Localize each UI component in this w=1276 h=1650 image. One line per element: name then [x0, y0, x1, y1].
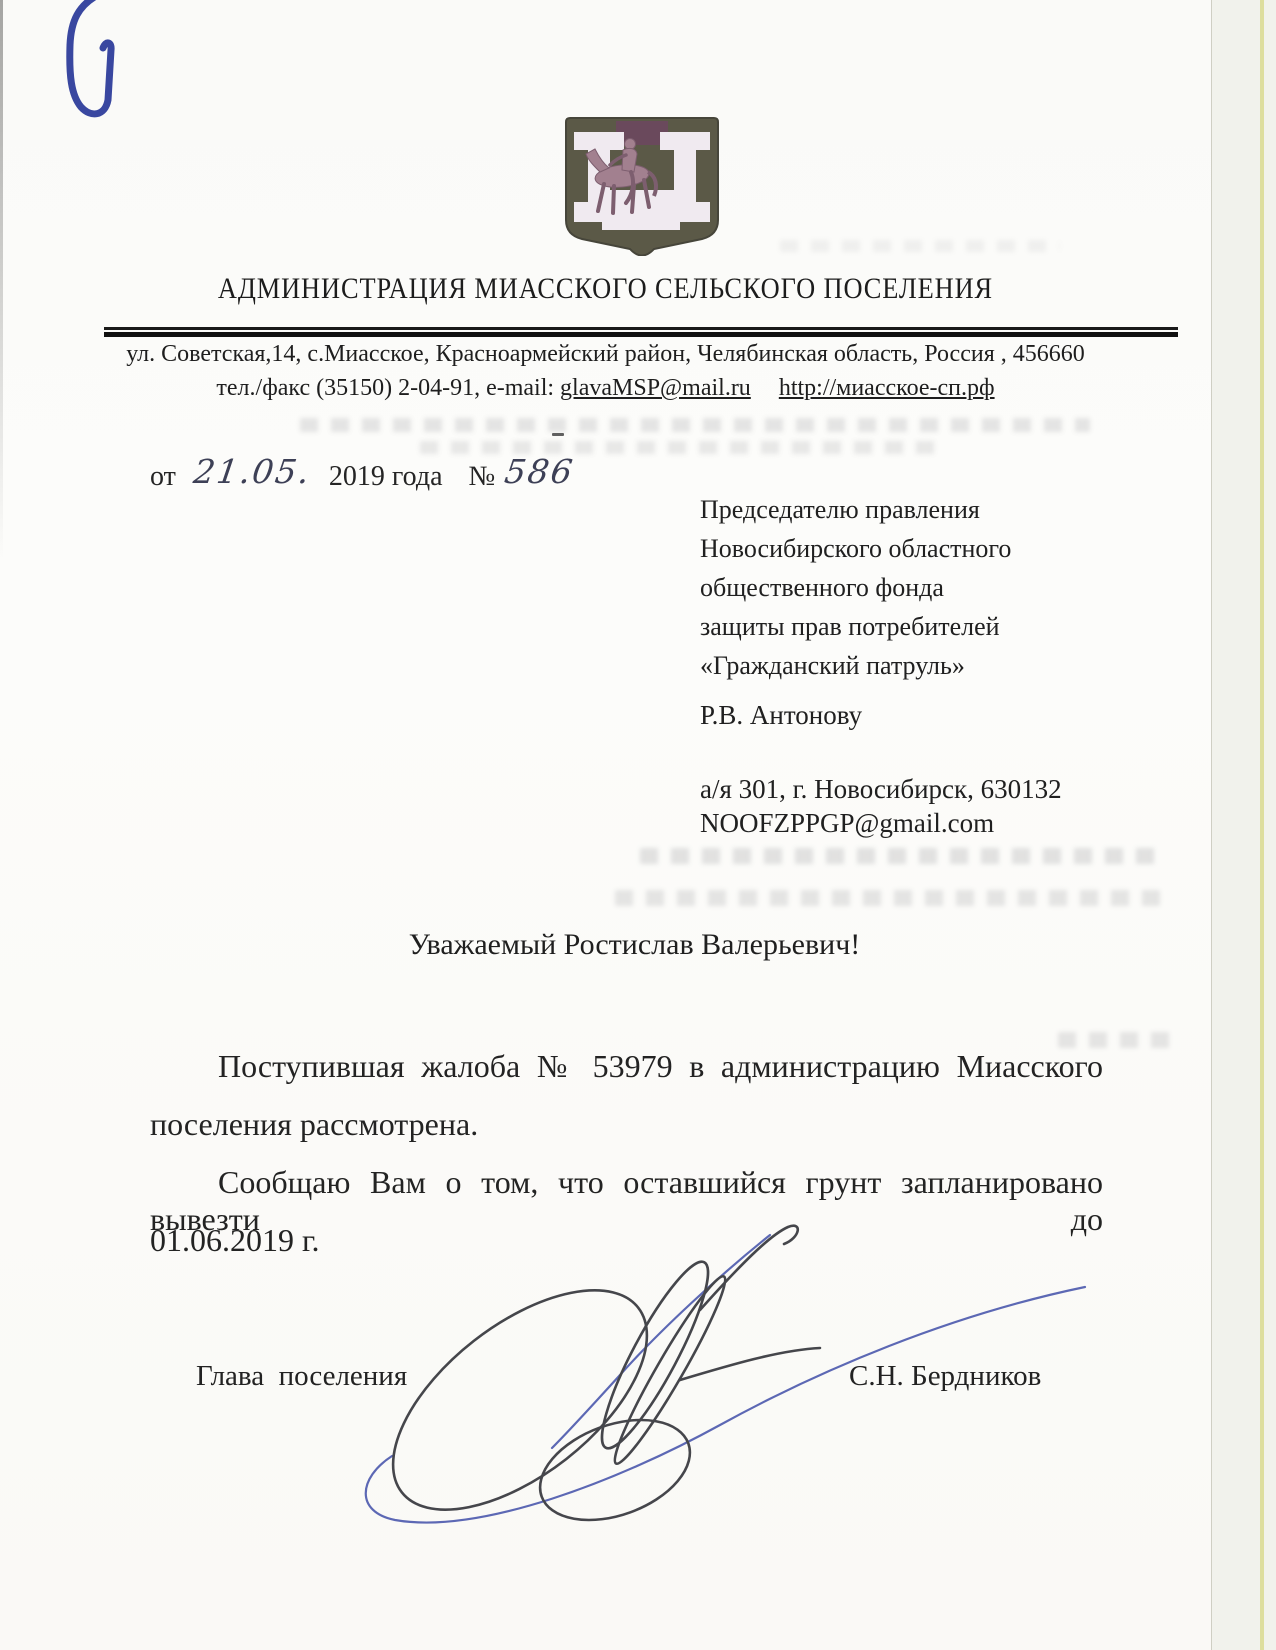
scan-backdrop-edge-line — [1260, 0, 1264, 1650]
letterhead-contacts: тел./факс (35150) 2-04-91, e-mail: glava… — [0, 375, 1211, 402]
recipient-line: защиты прав потребителей — [700, 607, 1011, 646]
salutation: Уважаемый Ростислав Валерьевич! — [0, 928, 1211, 962]
scan-backdrop-band — [1210, 0, 1276, 1650]
letterhead-address: ул. Советская,14, с.Миасское, Красноарме… — [0, 341, 1211, 368]
organization-title: АДМИНИСТРАЦИЯ МИАССКОГО СЕЛЬСКОГО ПОСЕЛЕ… — [73, 272, 1139, 306]
email-link: glavaMSP@mail.ru — [560, 375, 751, 401]
bleed-through-text — [420, 441, 940, 454]
recipient-po-box: а/я 301, г. Новосибирск, 630132 — [700, 774, 1062, 805]
handwritten-date: 21.05. — [191, 452, 313, 491]
recipient-name: Р.В. Антонову — [700, 700, 862, 731]
handwritten-signature — [300, 1180, 1110, 1580]
body-text-line: поселения рассмотрена. — [150, 1106, 1103, 1143]
letter-paper: АДМИНИСТРАЦИЯ МИАССКОГО СЕЛЬСКОГО ПОСЕЛЕ… — [0, 0, 1212, 1650]
ref-number-label: № — [469, 461, 496, 492]
body-text-line: Поступившая жалоба № 53979 в администрац… — [150, 1048, 1103, 1085]
bleed-through-text — [615, 890, 1160, 906]
bleed-through-text — [640, 848, 1160, 864]
recipient-line: Председателю правления — [700, 490, 1011, 529]
website-link: http://миасское-сп.рф — [779, 375, 995, 401]
handwritten-number: 586 — [502, 452, 576, 491]
recipient-block: Председателю правления Новосибирского об… — [700, 490, 1011, 685]
coat-of-arms-icon — [556, 114, 728, 256]
recipient-line: Новосибирского областного — [700, 529, 1011, 568]
scanned-letter-page: АДМИНИСТРАЦИЯ МИАССКОГО СЕЛЬСКОГО ПОСЕЛЕ… — [0, 0, 1276, 1650]
scan-speck — [552, 433, 564, 436]
bleed-through-text — [780, 240, 1060, 252]
paperclip-icon — [60, 0, 122, 128]
letterhead-divider — [104, 327, 1178, 337]
recipient-line: «Гражданский патруль» — [700, 646, 1011, 685]
reference-line: от21.05.2019 года№586 — [150, 454, 574, 493]
ref-prefix: от — [150, 461, 176, 492]
phone-fax-text: тел./факс (35150) 2-04-91, e-mail: — [216, 375, 560, 401]
recipient-line: общественного фонда — [700, 568, 1011, 607]
recipient-email: NOOFZPPGP@gmail.com — [700, 808, 994, 839]
left-edge-shadow — [0, 0, 3, 560]
bleed-through-text — [1058, 1032, 1170, 1048]
ref-year: 2019 года — [329, 461, 443, 492]
bleed-through-text — [300, 418, 1090, 432]
